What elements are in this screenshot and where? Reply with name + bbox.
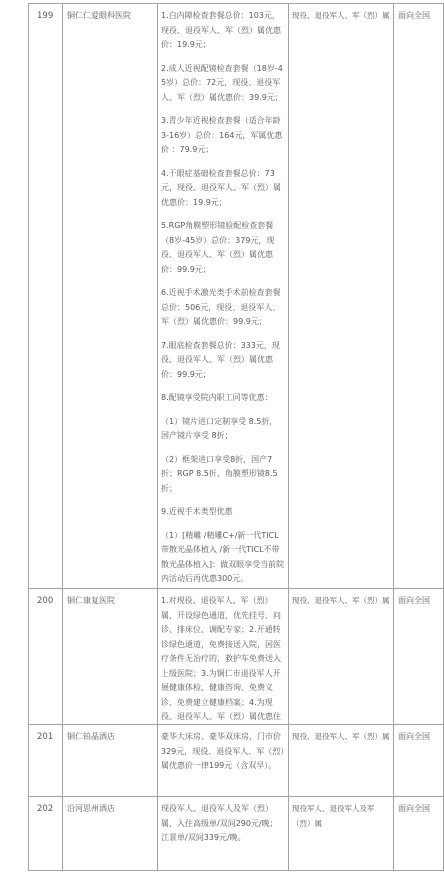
document-page: 199 铜仁仁爱眼科医院 1.白内障检查套餐总价：103元，现役、退役军人、军（…	[0, 0, 444, 874]
merchant-name: 沿河思州酒店	[63, 797, 158, 870]
offer-details: 1.对现役、退役军人、军（烈）属，开设绿色通道，优先挂号、问诊、排床位、调配专家…	[158, 589, 289, 724]
offer-paragraph: 1.对现役、退役军人、军（烈）属，开设绿色通道，优先挂号、问诊、排床位、调配专家…	[161, 594, 285, 724]
offer-details: 1.白内障检查套餐总价：103元，现役、退役军人、军（烈）属优惠价：19.9元；…	[158, 4, 289, 588]
offer-paragraph: 6.近视手术激光类手术前检查套餐总价：506元，现役、退役军人、军（烈）属优惠价…	[161, 286, 285, 330]
offer-paragraph: 豪华大床房、豪华双床房，门市价329元，现役、退役军人、军（烈）属优惠价一律19…	[161, 730, 285, 774]
table-row: 201 铜仁铂晶酒店 豪华大床房、豪华双床房，门市价329元，现役、退役军人、军…	[29, 725, 444, 797]
offer-paragraph: 9.近视手术类型优惠	[161, 505, 285, 520]
offer-paragraph: 3.青少年近视检查套餐（适合年龄3-16岁）总价：164元，军属优惠价 ：79.…	[161, 114, 285, 158]
coverage: 面向全国	[394, 725, 444, 796]
offer-paragraph: （2）框架进口享受8折，国产7折；RGP 8.5折，角膜塑形镜8.5折；	[161, 453, 285, 497]
offer-paragraph: 7.眼底检查套餐总价：333元，现役、退役军人、军（烈）属优惠价：99.9元；	[161, 339, 285, 383]
row-number: 199	[29, 4, 63, 588]
table-row: 202 沿河思州酒店 现役军人、退役军人及军（烈）属，入住高级单/双间290元/…	[29, 797, 444, 871]
row-number: 201	[29, 725, 63, 796]
coverage: 面向全国	[394, 589, 444, 724]
offer-paragraph: （1）[精雕 /精雕C+/新一代TICL带散光晶体植入 /新一代TICL不带散光…	[161, 529, 285, 587]
eligibility: 现役军人、退役军人及军（烈）属	[289, 797, 394, 870]
offer-paragraph: 5.RGP角膜塑形镜验配检查套餐（8岁-45岁）总价：379元，现役、退役军人、…	[161, 219, 285, 277]
benefits-table: 199 铜仁仁爱眼科医院 1.白内障检查套餐总价：103元，现役、退役军人、军（…	[28, 3, 444, 871]
table-row: 199 铜仁仁爱眼科医院 1.白内障检查套餐总价：103元，现役、退役军人、军（…	[29, 4, 444, 589]
merchant-name: 铜仁仁爱眼科医院	[63, 4, 158, 588]
eligibility: 现役、退役军人、军（烈）属	[289, 589, 394, 724]
eligibility: 现役、退役军人、军（烈）属	[289, 4, 394, 588]
offer-paragraph: 4.干眼症基础检查套餐总价：73元，现役、退役军人、军（烈）属优惠价：19.9元…	[161, 167, 285, 211]
merchant-name: 铜仁铂晶酒店	[63, 725, 158, 796]
row-number: 200	[29, 589, 63, 724]
row-number: 202	[29, 797, 63, 870]
table-row: 200 铜仁康复医院 1.对现役、退役军人、军（烈）属，开设绿色通道，优先挂号、…	[29, 589, 444, 725]
offer-details: 豪华大床房、豪华双床房，门市价329元，现役、退役军人、军（烈）属优惠价一律19…	[158, 725, 289, 796]
offer-paragraph: 现役军人、退役军人及军（烈）属，入住高级单/双间290元/晚；江景单/双间339…	[161, 802, 285, 846]
eligibility: 现役、退役军人、军（烈）属	[289, 725, 394, 796]
offer-paragraph: 1.白内障检查套餐总价：103元，现役、退役军人、军（烈）属优惠价：19.9元；	[161, 9, 285, 53]
offer-paragraph: （1）镜片进口定制享受 8.5折，国产镜片享受 8折；	[161, 415, 285, 444]
offer-paragraph: 8.配镜享受院内职工同等优惠：	[161, 391, 285, 406]
offer-details: 现役军人、退役军人及军（烈）属，入住高级单/双间290元/晚；江景单/双间339…	[158, 797, 289, 870]
merchant-name: 铜仁康复医院	[63, 589, 158, 724]
coverage: 面向全国	[394, 4, 444, 588]
offer-paragraph: 2.成人近视配镜检查套餐（18岁-45岁）总价：72元，现役、退役军人、军（烈）…	[161, 62, 285, 106]
coverage: 面向全国	[394, 797, 444, 870]
